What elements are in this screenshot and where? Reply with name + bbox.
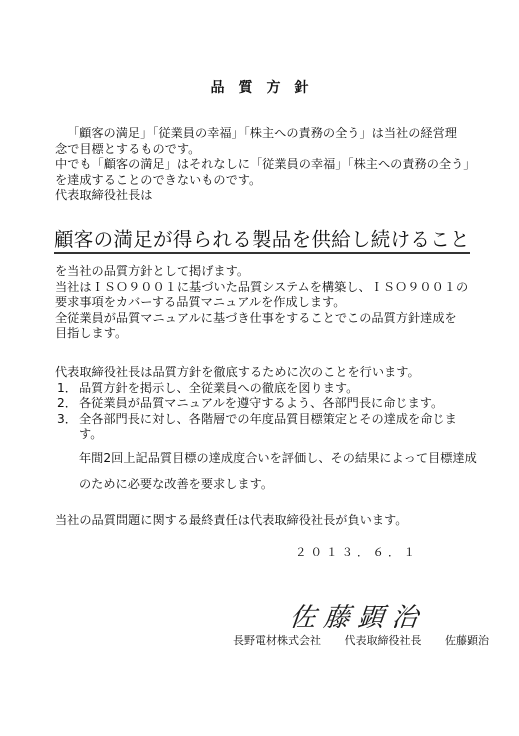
intro-line: 代表取締役社長は: [55, 188, 475, 204]
signer-name: 佐藤顕治: [445, 634, 489, 647]
responsibility-statement: 当社の品質問題に関する最終責任は代表取締役社長が負います。: [55, 513, 475, 529]
action-number: 3．: [55, 412, 79, 428]
intro-paragraph: 「顧客の満足」「従業員の幸福」「株主への責務の全う」は当社の経営理 念で目標とす…: [55, 126, 475, 204]
action-item-1: 1．品質方針を掲示し、全従業員への徹底を図ります。: [55, 381, 475, 397]
handwritten-signature: 佐藤顕治: [288, 597, 428, 634]
evaluation-line: 年間2回上記品質目標の達成度合いを評価し、その結果によって目標達成: [55, 445, 475, 471]
actions-section: 代表取締役社長は品質方針を徹底するために次のことを行います。 1．品質方針を掲示…: [55, 365, 475, 497]
signer-position: 代表取締役社長: [345, 634, 422, 647]
action-item-2: 2．各従業員が品質マニュアルを遵守するよう、各部門長に命じます。: [55, 396, 475, 412]
policy-line: 全従業員が品質マニュアルに基づき仕事をすることでこの品質方針達成を: [55, 311, 475, 327]
signer-line: 長野電材株式会社 代表取締役社長 佐藤顕治: [233, 632, 501, 648]
action-item-3: 3．全各部門長に対し、各階層での年度品質目標策定とその達成を命じま: [55, 412, 475, 428]
intro-line: を達成することのできないものです。: [55, 173, 475, 189]
responsibility-line: 当社の品質問題に関する最終責任は代表取締役社長が負います。: [55, 513, 475, 529]
document-date: ２０１３．６．１: [295, 544, 419, 560]
action-number: 2．: [55, 396, 79, 412]
quality-policy-headline: 顧客の満足が得られる製品を供給し続けること: [54, 228, 470, 254]
intro-line: 中でも「顧客の満足」はそれなしに「従業員の幸福」「株主への責務の全う」: [55, 157, 475, 173]
document-page: 品質方針 「顧客の満足」「従業員の幸福」「株主への責務の全う」は当社の経営理 念…: [0, 0, 519, 736]
evaluation-line: のために必要な改善を要求します。: [55, 471, 475, 497]
action-number: 1．: [55, 381, 79, 397]
action-text: 全各部門長に対し、各階層での年度品質目標策定とその達成を命じま: [79, 412, 457, 426]
policy-paragraph: を当社の品質方針として掲げます。 当社はＩＳＯ９００１に基づいた品質システムを構…: [55, 264, 475, 342]
policy-line: 当社はＩＳＯ９００１に基づいた品質システムを構築し、ＩＳＯ９００１の: [55, 280, 475, 296]
action-text: 各従業員が品質マニュアルを遵守するよう、各部門長に命じます。: [79, 396, 443, 410]
action-item-3-continuation: す。: [55, 427, 475, 443]
intro-line: 「顧客の満足」「従業員の幸福」「株主への責務の全う」は当社の経営理: [55, 126, 475, 142]
policy-line: 要求事項をカバーする品質マニュアルを作成します。: [55, 295, 475, 311]
document-title: 品質方針: [0, 77, 519, 97]
intro-line: 念で目標とするものです。: [55, 142, 475, 158]
policy-line: 目指します。: [55, 326, 475, 342]
actions-intro: 代表取締役社長は品質方針を徹底するために次のことを行います。: [55, 365, 475, 381]
policy-line: を当社の品質方針として掲げます。: [55, 264, 475, 280]
action-text: 品質方針を掲示し、全従業員への徹底を図ります。: [79, 381, 358, 395]
signer-company: 長野電材株式会社: [233, 634, 321, 647]
